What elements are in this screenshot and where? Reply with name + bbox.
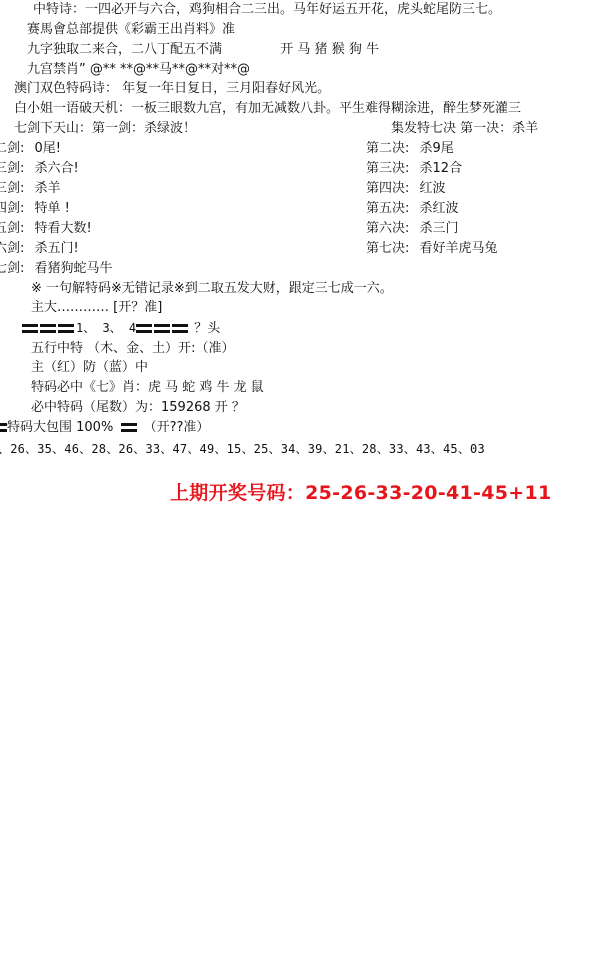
sword-value: 看猪狗蛇马牛 [35, 261, 113, 276]
main-big-line: 主大………… [开？准] [31, 300, 162, 316]
last-draw-label: 上期开奖号码： [170, 482, 305, 504]
heads-line: 1、 3、 4 ？头 [22, 320, 220, 336]
decision-item: 第六决: 杀三门 [366, 221, 459, 237]
macau-poem-line: 澳门双色特码诗： 年复一年日复日，三月阳春好风光。 [14, 81, 330, 97]
decision-label: 第四决: [366, 181, 409, 196]
last-draw-numbers: 25-26-33-20-41-45+11 [305, 482, 551, 504]
bar-glyph-icon [154, 324, 170, 333]
nine-palace-line: 九宫禁肖” @** **@**马**@**对**@ [27, 62, 250, 78]
bar-glyph-icon [40, 324, 56, 333]
decision-value: 杀9尾 [420, 141, 454, 156]
miss-bai-line: 白小姐一语破天机：一板三眼数九宫，有加无减数八卦。平生难得糊涂进，醉生梦死灌三 [14, 101, 521, 117]
open-zodiac-list: 开 马 猪 猴 狗 牛 [280, 42, 379, 57]
seven-swords-title: 七剑下天山：第一剑：杀绿波！ [14, 121, 196, 137]
bar-glyph-icon [22, 324, 38, 333]
special-poem-line: 中特诗：一四必开与六合，鸡狗相合二三出。马年好运五开花，虎头蛇尾防三七。 [33, 2, 501, 18]
seven-zodiac-line: 特码必中《七》肖：虎 马 蛇 鸡 牛 龙 鼠 [31, 380, 264, 396]
number-list: 、26、35、46、28、26、33、47、49、15、25、34、39、21、… [0, 441, 485, 457]
sword-label: 六剑: [0, 241, 24, 256]
decision-item: 第四决: 红波 [366, 181, 446, 197]
sword-label: 二剑: [0, 141, 24, 156]
decision-label: 第七决: [366, 241, 409, 256]
heads-suffix: ？头 [190, 321, 220, 336]
bar-glyph-icon [121, 423, 137, 432]
decision-item: 第二决: 杀9尾 [366, 141, 454, 157]
sword-label: 七剑: [0, 261, 24, 276]
nine-character-text: 九字独取二来合，二八丁配五不满 [27, 42, 222, 57]
sword-value: 杀羊 [35, 181, 61, 196]
decision-value: 杀12合 [420, 161, 463, 176]
sword-value: 杀六合! [35, 161, 79, 176]
bar-glyph-icon [136, 324, 152, 333]
sword-value: 特单 ! [35, 201, 70, 216]
sword-value: 特看大数! [35, 221, 92, 236]
sword-label: 四剑: [0, 201, 24, 216]
decision-value: 杀红波 [420, 201, 459, 216]
sword-item: 六剑: 杀五门! [0, 241, 79, 257]
tail-numbers-line: 必中特码（尾数）为：159268 开 ？ [31, 400, 245, 416]
nine-character-line: 九字独取二来合，二八丁配五不满 开 马 猪 猴 狗 牛 [27, 42, 379, 58]
sword-value: 杀五门! [35, 241, 79, 256]
decision-label: 第二决: [366, 141, 409, 156]
encircle-suffix: （开??准） [139, 420, 209, 435]
sword-label: 三剑: [0, 181, 24, 196]
seven-decisions-title: 集发特七决 第一决：杀羊 [391, 121, 538, 137]
sword-item: 三剑: 杀羊 [0, 181, 61, 197]
encircle-line: 特码大包围 100% （开??准） [0, 420, 209, 436]
bar-glyph-icon [172, 324, 188, 333]
heads-numbers: 1、 3、 4 [76, 321, 136, 335]
last-draw-result: 上期开奖号码：25-26-33-20-41-45+11 [170, 478, 552, 505]
decision-item: 第五决: 杀红波 [366, 201, 459, 217]
sword-item: 七剑: 看猪狗蛇马牛 [0, 261, 113, 277]
decision-label: 第六决: [366, 221, 409, 236]
decision-value: 红波 [420, 181, 446, 196]
decision-item: 第七决: 看好羊虎马兔 [366, 241, 498, 257]
sword-label: 三剑: [0, 161, 24, 176]
decision-label: 第五决: [366, 201, 409, 216]
bar-glyph-icon [58, 324, 74, 333]
decision-label: 第三决: [366, 161, 409, 176]
sword-item: 二剑: 0尾! [0, 141, 61, 157]
decision-item: 第三决: 杀12合 [366, 161, 462, 177]
sword-value: 0尾! [35, 141, 61, 156]
encircle-label: 特码大包围 100% [7, 420, 113, 435]
sword-item: 三剑: 杀六合! [0, 161, 79, 177]
one-phrase-line: ※ 一句解特码※无错记录※到二取五发大财，跟定三七成一六。 [31, 281, 393, 297]
decision-value: 杀三门 [420, 221, 459, 236]
five-elements-line: 五行中特 （木、金、土）开:（准） [31, 341, 235, 357]
sword-item: 四剑: 特单 ! [0, 201, 70, 217]
bar-glyph-icon [0, 423, 7, 432]
sword-label: 五剑: [0, 221, 24, 236]
sword-item: 五剑: 特看大数! [0, 221, 92, 237]
decision-value: 看好羊虎马兔 [420, 241, 498, 256]
color-line: 主（红）防（蓝）中 [31, 360, 148, 376]
provider-line: 赛馬會总部提供《彩霸王出肖料》准 [27, 22, 235, 38]
